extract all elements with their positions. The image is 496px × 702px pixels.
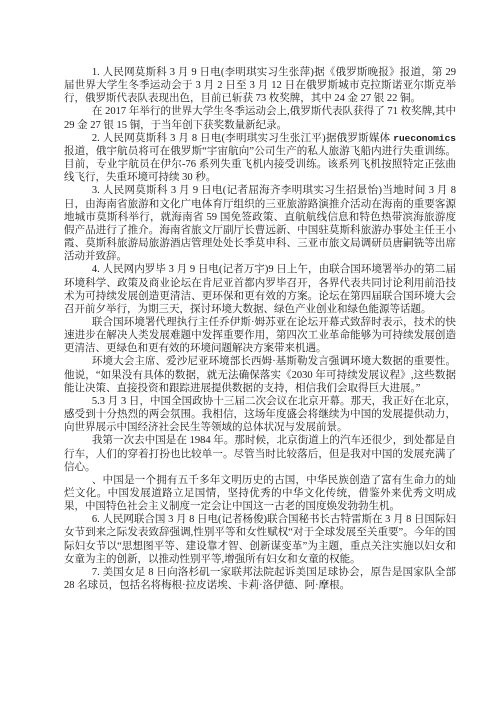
paragraph-8: 5.3 月 3 日，中国全国政协十三届二次会议在北京开幕。那天，我正好在北京，感… — [64, 395, 456, 434]
paragraph-6: 联合国环境署代理执行主任乔伊斯·姆苏亚在论坛开幕式致辞时表示，技术的快速进步在解… — [64, 316, 456, 355]
text-segment: 联合国环境署代理执行主任乔伊斯·姆苏亚在论坛开幕式致辞时表示，技术的快速进步在解… — [64, 317, 456, 354]
text-segment: 在 2017 年举行的世界大学生冬季运动会上,俄罗斯代表队获得了 71 枚奖牌,… — [64, 106, 456, 130]
text-segment: 1. 人民网莫斯科 3 月 9 日电(李明琪实习生张萍)据《俄罗斯晚报》报道，第… — [64, 67, 456, 104]
text-segment: 2. 人民网莫斯科 3 月 8 日电(李明琪实习生张江平)据俄罗斯媒体 — [92, 133, 393, 144]
paragraph-3: 2. 人民网莫斯科 3 月 8 日电(李明琪实习生张江平)据俄罗斯媒体 ruec… — [64, 132, 456, 185]
text-segment: 报道，俄宇航员将可在俄罗斯“宇宙航向”公司生产的私人旅游飞船内进行失重训练。目前… — [64, 146, 456, 183]
paragraph-9: 我第一次去中国是在 1984 年。那时候，北京街道上的汽车还很少，到处都是自行车… — [64, 434, 456, 473]
paragraph-10: 、中国是一个拥有五千多年文明历史的古国，中华民族创造了富有生命力的灿烂文化。中国… — [64, 474, 456, 513]
paragraph-7: 环境大会主席、爱沙尼亚环境部长西姆·基斯勒发言强调环境大数据的重要性。他说，“如… — [64, 355, 456, 394]
document-text: 1. 人民网莫斯科 3 月 9 日电(李明琪实习生张萍)据《俄罗斯晚报》报道，第… — [64, 66, 456, 592]
paragraph-1: 1. 人民网莫斯科 3 月 9 日电(李明琪实习生张萍)据《俄罗斯晚报》报道，第… — [64, 66, 456, 105]
text-segment: 环境大会主席、爱沙尼亚环境部长西姆·基斯勒发言强调环境大数据的重要性。他说，“如… — [64, 356, 456, 393]
text-segment: 我第一次去中国是在 1984 年。那时候，北京街道上的汽车还很少，到处都是自行车… — [64, 435, 456, 472]
paragraph-2: 在 2017 年举行的世界大学生冬季运动会上,俄罗斯代表队获得了 71 枚奖牌,… — [64, 105, 456, 131]
text-segment: 4. 人民网内罗毕 3 月 9 日电(记者万宇)9 日上午，由联合国环境署举办的… — [64, 264, 456, 314]
text-segment: 3. 人民网莫斯科 3 月 9 日电(记者屈海齐李明琪实习生招景怡)当地时间 3… — [64, 185, 456, 262]
paragraph-12: 7. 美国女足 8 日向洛杉矶一家联邦法院起诉美国足球协会，原告是国家队全部 2… — [64, 566, 456, 592]
latin-media-name: rueconomics — [393, 133, 456, 144]
paragraph-4: 3. 人民网莫斯科 3 月 9 日电(记者屈海齐李明琪实习生招景怡)当地时间 3… — [64, 184, 456, 263]
text-segment: 、中国是一个拥有五千多年文明历史的古国，中华民族创造了富有生命力的灿烂文化。中国… — [64, 475, 456, 512]
text-segment: 6. 人民网联合国 3 月 8 日电(记者杨俊)联合国秘书长古特雷斯在 3 月 … — [64, 514, 456, 564]
paragraph-5: 4. 人民网内罗毕 3 月 9 日电(记者万宇)9 日上午，由联合国环境署举办的… — [64, 263, 456, 316]
paragraph-11: 6. 人民网联合国 3 月 8 日电(记者杨俊)联合国秘书长古特雷斯在 3 月 … — [64, 513, 456, 566]
text-segment: 7. 美国女足 8 日向洛杉矶一家联邦法院起诉美国足球协会，原告是国家队全部 2… — [64, 567, 456, 591]
document-page: 1. 人民网莫斯科 3 月 9 日电(李明琪实习生张萍)据《俄罗斯晚报》报道，第… — [0, 0, 496, 702]
text-segment: 5.3 月 3 日，中国全国政协十三届二次会议在北京开幕。那天，我正好在北京，感… — [64, 396, 456, 433]
